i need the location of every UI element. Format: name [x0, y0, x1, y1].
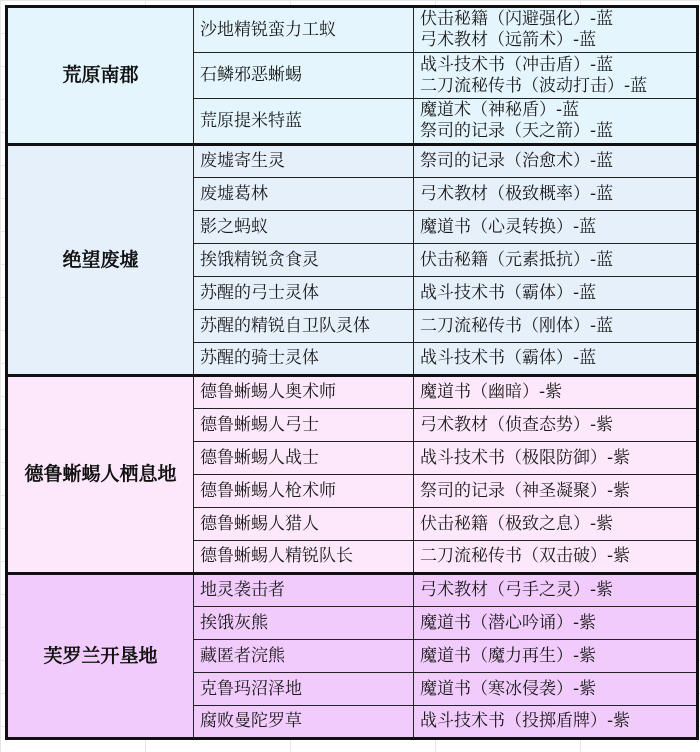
region-name: 德鲁蜥蜴人栖息地 [7, 376, 194, 574]
drop-item: 二刀流秘传书（刚体）-蓝 [414, 310, 698, 343]
region-name: 荒原南郡 [7, 7, 194, 145]
monster-name: 影之蚂蚁 [194, 211, 414, 244]
drop-item: 战斗技术书（极限防御）-紫 [414, 442, 698, 475]
drop-cell: 战斗技术书（冲击盾）-蓝 二刀流秘传书（波动打击）-蓝 [414, 53, 698, 99]
drop-item: 伏击秘籍（极致之息）-紫 [414, 508, 698, 541]
monster-name: 藏匿者浣熊 [194, 640, 414, 673]
monster-name: 石鳞邪恶蜥蜴 [194, 53, 414, 99]
drop-item: 战斗技术书（霸体）-蓝 [414, 277, 698, 310]
table-row: 绝望废墟 废墟寄生灵 祭司的记录（治愈术）-蓝 [7, 145, 698, 178]
drop-item: 祭司的记录（治愈术）-蓝 [414, 145, 698, 178]
region-group-3: 德鲁蜥蜴人栖息地 德鲁蜥蜴人奥术师 魔道书（幽暗）-紫 德鲁蜥蜴人弓士 弓术教材… [7, 376, 698, 574]
drop-item: 弓术教材（弓手之灵）-紫 [414, 574, 698, 607]
monster-name: 德鲁蜥蜴人精锐队长 [194, 541, 414, 574]
monster-name: 德鲁蜥蜴人猎人 [194, 508, 414, 541]
drop-item: 魔道书（寒冰侵袭）-紫 [414, 673, 698, 706]
monster-drop-table: 荒原南郡 沙地精锐蛮力工蚁 伏击秘籍（闪避强化）-蓝 弓术教材（远箭术）-蓝 石… [5, 5, 699, 740]
monster-name: 废墟葛林 [194, 178, 414, 211]
drop-item: 战斗技术书（霸体）-蓝 [414, 343, 698, 376]
monster-name: 苏醒的弓士灵体 [194, 277, 414, 310]
drop-item: 魔道书（潜心吟诵）-紫 [414, 607, 698, 640]
drop-item: 祭司的记录（天之箭）-蓝 [420, 121, 696, 142]
monster-name: 废墟寄生灵 [194, 145, 414, 178]
monster-name: 挨饿灰熊 [194, 607, 414, 640]
table-row: 芙罗兰开垦地 地灵袭击者 弓术教材（弓手之灵）-紫 [7, 574, 698, 607]
drop-item: 魔道书（幽暗）-紫 [414, 376, 698, 409]
drop-item: 伏击秘籍（闪避强化）-蓝 [420, 9, 696, 30]
region-group-2: 绝望废墟 废墟寄生灵 祭司的记录（治愈术）-蓝 废墟葛林 弓术教材（极致概率）-… [7, 145, 698, 376]
drop-item: 魔道书（心灵转换）-蓝 [414, 211, 698, 244]
monster-name: 荒原提米特蓝 [194, 99, 414, 145]
drop-item: 弓术教材（侦查态势）-紫 [414, 409, 698, 442]
drop-item: 弓术教材（极致概率）-蓝 [414, 178, 698, 211]
table-row: 德鲁蜥蜴人栖息地 德鲁蜥蜴人奥术师 魔道书（幽暗）-紫 [7, 376, 698, 409]
monster-name: 挨饿精锐贪食灵 [194, 244, 414, 277]
monster-name: 地灵袭击者 [194, 574, 414, 607]
drop-item: 伏击秘籍（元素抵抗）-蓝 [414, 244, 698, 277]
drop-item: 战斗技术书（冲击盾）-蓝 [420, 55, 696, 76]
monster-name: 德鲁蜥蜴人奥术师 [194, 376, 414, 409]
region-group-4: 芙罗兰开垦地 地灵袭击者 弓术教材（弓手之灵）-紫 挨饿灰熊 魔道书（潜心吟诵）… [7, 574, 698, 739]
monster-name: 沙地精锐蛮力工蚁 [194, 7, 414, 53]
drop-item: 魔道术（神秘盾）-蓝 [420, 100, 696, 121]
drop-item: 二刀流秘传书（波动打击）-蓝 [420, 76, 696, 97]
drop-item: 祭司的记录（神圣凝聚）-紫 [414, 475, 698, 508]
drop-cell: 伏击秘籍（闪避强化）-蓝 弓术教材（远箭术）-蓝 [414, 7, 698, 53]
monster-name: 腐败曼陀罗草 [194, 706, 414, 739]
monster-name: 克鲁玛沼泽地 [194, 673, 414, 706]
region-group-1: 荒原南郡 沙地精锐蛮力工蚁 伏击秘籍（闪避强化）-蓝 弓术教材（远箭术）-蓝 石… [7, 7, 698, 145]
region-name: 芙罗兰开垦地 [7, 574, 194, 739]
monster-name: 苏醒的精锐自卫队灵体 [194, 310, 414, 343]
region-name: 绝望废墟 [7, 145, 194, 376]
drop-item: 战斗技术书（投掷盾牌）-紫 [414, 706, 698, 739]
drop-item: 二刀流秘传书（双击破）-紫 [414, 541, 698, 574]
monster-name: 苏醒的骑士灵体 [194, 343, 414, 376]
drop-item: 魔道书（魔力再生）-紫 [414, 640, 698, 673]
drop-item: 弓术教材（远箭术）-蓝 [420, 30, 696, 51]
monster-name: 德鲁蜥蜴人弓士 [194, 409, 414, 442]
table-row: 荒原南郡 沙地精锐蛮力工蚁 伏击秘籍（闪避强化）-蓝 弓术教材（远箭术）-蓝 [7, 7, 698, 53]
drop-cell: 魔道术（神秘盾）-蓝 祭司的记录（天之箭）-蓝 [414, 99, 698, 145]
monster-name: 德鲁蜥蜴人战士 [194, 442, 414, 475]
monster-name: 德鲁蜥蜴人枪术师 [194, 475, 414, 508]
